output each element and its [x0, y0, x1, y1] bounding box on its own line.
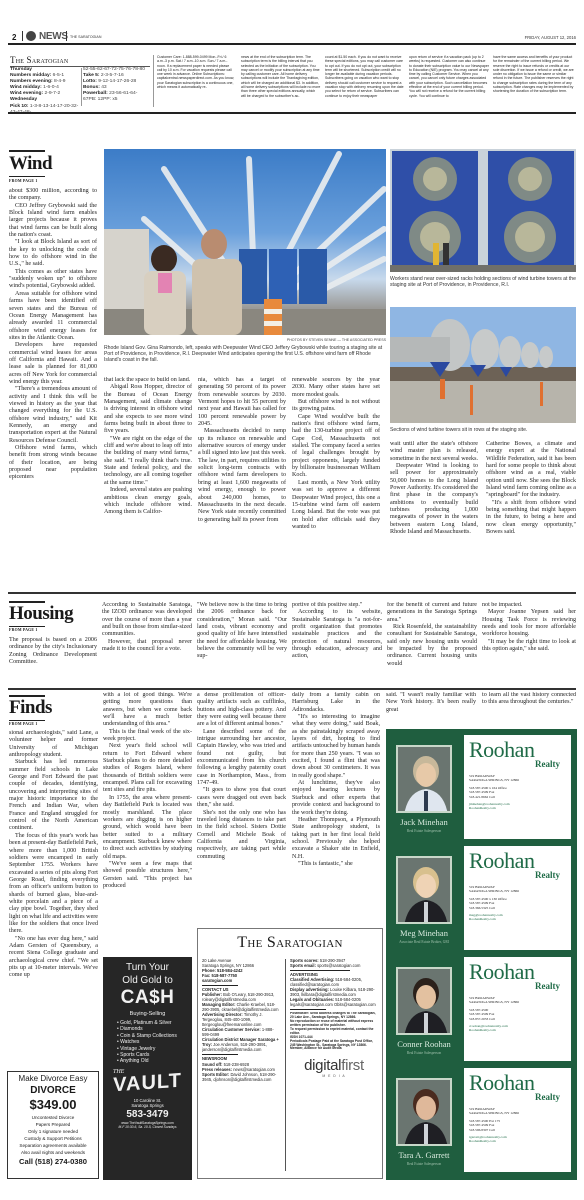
section-logo: NEWS: [26, 30, 68, 42]
photo-caption-main: Rhode Island Gov. Gina Raimondo, left, s…: [104, 345, 386, 364]
finds-col-5: said. "I wasn't really familiar with New…: [386, 692, 476, 716]
lottery-row: Powerball: 23-56-61-64-67PB: 12PP: x5: [83, 91, 149, 103]
paragraph: Offshore wind farms, which benefit from …: [9, 445, 97, 482]
turbine-towers-illustration: [390, 307, 576, 423]
wind-heading: Wind: [9, 153, 52, 175]
paragraph: Lane described some of the intrigue surr…: [197, 729, 286, 788]
paragraph: According to its website, Sustainable Sa…: [292, 609, 382, 660]
ad-line: Turn Your: [103, 962, 192, 973]
divider: [202, 985, 238, 986]
wind-col-2: that lack the space to build on land.Abi…: [104, 377, 192, 580]
agent-photo: [396, 745, 452, 813]
section-rule: [8, 592, 576, 594]
housing-col-4: portive of this positive step."According…: [292, 602, 382, 683]
roohan-logo: Roohan: [469, 1073, 566, 1093]
portrait-illustration: [398, 1080, 452, 1146]
logo-part: first: [341, 1057, 364, 1074]
lottery-value: 6-5-1: [51, 73, 64, 78]
from-page-label: FROM PAGE 1: [9, 628, 38, 632]
lottery-label: Take 5:: [83, 73, 100, 78]
paragraph: Last month, a New York utility was set t…: [292, 480, 380, 531]
agent-title: Real Estate Salesperson: [386, 1162, 462, 1166]
paragraph: "There's a tremendous amount of activity…: [9, 386, 97, 445]
list-item: Also avail nights and weekends: [8, 1149, 98, 1156]
housing-col-1: The proposal is based on a 2006 ordinanc…: [9, 637, 97, 683]
ad-price: $349.00: [8, 1097, 98, 1112]
agent-contact-card[interactable]: Roohan Realty 519 BROADWAY SARATOGA SPRI…: [464, 1068, 571, 1172]
lottery-label: Wednesday: [10, 97, 37, 102]
paragraph: not be impacted.: [482, 602, 576, 609]
lottery-label: Pick 10:: [10, 104, 29, 109]
finds-heading: Finds: [9, 697, 52, 719]
lottery-value: 52-55-62-67-72-75-76-78-80: [83, 67, 145, 72]
masthead-title: The Saratogian: [10, 55, 68, 65]
housing-col-5: for the benefit of current and future ge…: [387, 602, 477, 683]
paragraph: But offshore wind is not without its gro…: [292, 399, 380, 414]
legal-notice: Postmaster: Send address changes to The …: [290, 1012, 378, 1051]
staffbox-address: 20 Lake Avenue Saratoga Springs, NY 1286…: [202, 958, 281, 983]
logo-part: digital: [304, 1057, 341, 1074]
portrait-illustration: [398, 858, 452, 924]
entry-label: Sports email:: [290, 963, 317, 968]
divider: [290, 1009, 326, 1010]
page-number: 2: [12, 33, 16, 42]
paragraph: for the benefit of current and future ge…: [387, 602, 477, 624]
wind-col-5: wait until after the state's offshore wi…: [390, 441, 478, 580]
divider: [202, 1054, 238, 1055]
paragraph: Deepwater Wind is looking to sell power …: [390, 463, 478, 536]
divider: [290, 970, 350, 971]
customer-care-info: Customer Care: 1-888-599-0499 Mon.-Fri./…: [157, 55, 235, 107]
ad-brand: VAULT: [103, 1069, 192, 1098]
ad-address: Saratoga Springs: [103, 1103, 192, 1108]
lottery-results-left: Thursday Numbers midday: 6-5-1Numbers ev…: [10, 67, 84, 116]
paragraph: In 1755, the area where present-day Batt…: [103, 795, 192, 861]
agent-name: Jack Minehan: [386, 817, 462, 827]
lottery-label: Thursday: [10, 67, 32, 72]
contact-entry: Circulation District Manager Saratoga + …: [202, 1037, 281, 1052]
paragraph: "This is fantastic," she: [292, 861, 380, 868]
paragraph: "I look at Block Island as sort of the k…: [9, 239, 97, 268]
paragraph: Massachusetts decided to ramp up its rel…: [198, 428, 286, 523]
sports-entries: Sports scores: 518-290-3947Sports email:…: [290, 958, 378, 968]
roohan-logo: Roohan: [469, 740, 566, 760]
subscription-notice-col: have the same access and benefits of you…: [493, 55, 575, 107]
roohan-logo: Roohan: [469, 851, 566, 871]
contact-entry: Sports email: sports@saratogian.com: [290, 963, 378, 968]
agent-website[interactable]: RoohanRealty.com: [469, 806, 566, 810]
finds-col-4: daily from a family cabin on Harrisburg …: [292, 692, 380, 878]
paragraph: "It's so interesting to imagine what the…: [292, 714, 380, 780]
ad-details: Uncontested DivorcePapers PreparedOnly 1…: [8, 1114, 98, 1156]
paragraph: Abigail Ross Hopper, director of the Bur…: [104, 384, 192, 435]
paragraph: wait until after the state's offshore wi…: [390, 441, 478, 463]
staffbox-title: The Saratogian: [198, 934, 382, 952]
lottery-value: 1-6-0-4: [42, 85, 59, 90]
paragraph: Mayor Joanne Yepsen said her Housing Tas…: [482, 609, 576, 638]
turbine-racks-illustration: [390, 149, 576, 272]
paragraph: about $300 million, according to the com…: [9, 188, 97, 203]
roohan-logo: Roohan: [469, 962, 566, 982]
section-bar: [9, 150, 45, 152]
paragraph: "We are right on the edge of the cliff a…: [104, 436, 192, 487]
paragraph: "We believe now is the time to bring the…: [197, 602, 287, 661]
divider: [66, 31, 67, 41]
photo-turbine-towers: [390, 307, 576, 423]
subscription-notice-col: upon return of service if a vacation pac…: [409, 55, 489, 107]
agent-title: Real Estate Salesperson: [386, 829, 462, 833]
paragraph: Next year's field school will return to …: [103, 743, 192, 794]
contact-entry: Managing Editor: Charlie Kraebel, 518-29…: [202, 1002, 281, 1012]
lottery-value: 9-12-14-17-26-28: [97, 79, 136, 84]
agent-website[interactable]: RoohanRealty.com: [469, 1028, 566, 1032]
contact-entry: Advertising Director: Timothy J. Tergeog…: [202, 1012, 281, 1027]
lottery-value: 43: [100, 85, 107, 90]
paragraph: However, that proposal never made it to …: [102, 639, 192, 654]
paragraph: Developers have requested commercial win…: [9, 342, 97, 386]
ad-headline: Make Divorce Easy: [8, 1074, 98, 1083]
paragraph: This comes as other states have "suddenl…: [9, 269, 97, 291]
section-bar: [9, 626, 45, 627]
list-item: Papers Prepared: [8, 1121, 98, 1128]
divider: [22, 31, 23, 41]
agent-website[interactable]: RoohanRealty.com: [469, 1139, 566, 1143]
paragraph: Catherine Bowes, a climate and energy ex…: [486, 441, 576, 500]
ad-phone[interactable]: Call (518) 274-0380: [8, 1157, 98, 1166]
entry-value: sports@saratogian.com: [317, 963, 360, 968]
wind-blades-illustration: [104, 149, 386, 335]
contact-entry: Circulation Customer Service: 1-888-599-…: [202, 1027, 281, 1037]
paragraph: Cape Wind would've built the nation's fi…: [292, 414, 380, 480]
contact-entries: Publisher: Bob O'Leary, 518-290-3913, ro…: [202, 992, 281, 1052]
agent-website[interactable]: RoohanRealty.com: [469, 917, 566, 921]
lottery-value: 2-3-5-7-16: [100, 73, 124, 78]
paper-label: THE SARATOGIAN: [70, 35, 101, 39]
paragraph: renewable sources by the year 2030. Many…: [292, 377, 380, 399]
lottery-label: Numbers evening:: [10, 79, 53, 84]
portrait-illustration: [398, 747, 452, 813]
ad-line: Old Gold to: [103, 975, 192, 986]
agent-photo: [396, 856, 452, 924]
paragraph: "No one has ever dug here," said Adam Ge…: [9, 936, 98, 980]
list-item: Custody & Support Petitions: [8, 1135, 98, 1142]
from-page-label: FROM PAGE 1: [9, 722, 38, 726]
agent-name: Tara A. Garrett: [386, 1150, 462, 1160]
paragraph: CEO Jeffrey Grybowski said the Block Isl…: [9, 203, 97, 240]
agent-contact-card[interactable]: Roohan Realty 519 BROADWAY SARATOGA SPRI…: [464, 735, 571, 839]
advertising-entries: Classified Advertising: 518-584-0205, cl…: [290, 977, 378, 1007]
section-bar: [9, 720, 45, 721]
housing-col-2: According to Sustainable Saratoga, the I…: [102, 602, 192, 683]
paragraph: "It goes to show you that court cases we…: [197, 787, 286, 809]
paragraph: Areas suitable for offshore wind farms h…: [9, 291, 97, 342]
paragraph: with a lot of good things. We're getting…: [103, 692, 192, 729]
subscription-notice-col: count at $1.50 each. If you do not want …: [325, 55, 405, 107]
paragraph: "We've seen a few maps that showed possi…: [103, 861, 192, 890]
subscription-notice-col: news at the end of the subscription term…: [241, 55, 321, 107]
agent-name: Meg Minehan: [386, 928, 462, 938]
ad-subhead: Buying-Selling: [103, 1011, 192, 1017]
paragraph: a dense proliferation of officer-quality…: [197, 692, 286, 729]
site-link[interactable]: saratogian.com: [202, 978, 281, 983]
paragraph: She's not the only one who has traveled …: [197, 810, 286, 861]
paragraph: said. "I wasn't really familiar with New…: [386, 692, 476, 714]
paragraph: portive of this positive step.": [292, 602, 382, 609]
contact-entry: Legals and Obituaries: 518-584-0205 lega…: [290, 997, 378, 1007]
list-item: • Anything Old: [117, 1058, 192, 1064]
agent-photo: [396, 1078, 452, 1146]
agent-title: Associate Real Estate Broker, GRI: [386, 940, 462, 944]
agent-title: Real Estate Salesperson: [386, 1051, 462, 1055]
photo-governor-and-ceo: [104, 149, 386, 335]
header-rule: [8, 43, 576, 45]
finds-col-3: a dense proliferation of officer-quality…: [197, 692, 286, 878]
finds-col-1: sional archaeologists," said Lane, a vol…: [9, 730, 98, 1068]
paragraph: sional archaeologists," said Lane, a vol…: [9, 730, 98, 759]
divider: [285, 959, 286, 1171]
paragraph: daily from a family cabin on Harrisburg …: [292, 692, 380, 714]
photo-turbine-racks: [390, 149, 576, 272]
paragraph: At lunchtime, they've also enjoyed heari…: [292, 780, 380, 817]
contact-entry: Display advertising: Louise Kilbara, 518…: [290, 987, 378, 997]
housing-col-6: not be impacted.Mayor Joanne Yepsen said…: [482, 602, 576, 683]
divider: [81, 68, 82, 106]
wind-col-4: renewable sources by the year 2030. Many…: [292, 377, 380, 580]
issue-date: FRIDAY, AUGUST 12, 2016: [525, 35, 576, 40]
paragraph: Indeed, several states are pushing ambit…: [104, 487, 192, 516]
finds-col-2: with a lot of good things. We're getting…: [103, 692, 192, 892]
lottery-label: Win4 midday:: [10, 85, 42, 90]
contact-entry: Publisher: Bob O'Leary, 518-290-3913, ro…: [202, 992, 281, 1002]
lottery-value: 2-9-7-2: [43, 91, 60, 96]
wind-col-1: about $300 million, according to the com…: [9, 188, 97, 580]
paragraph: The focus of this year's work has been a…: [9, 833, 98, 936]
agent-contact-card[interactable]: Roohan Realty 519 BROADWAY SARATOGA SPRI…: [464, 846, 571, 950]
wind-col-6: Catherine Bowes, a climate and energy ex…: [486, 441, 576, 580]
paragraph: nia, which has a target of generating 50…: [198, 377, 286, 428]
agent-contact-card[interactable]: Roohan Realty 519 BROADWAY SARATOGA SPRI…: [464, 957, 571, 1061]
section-logo-icon: [26, 31, 36, 41]
list-item: Separation agreements available: [8, 1142, 98, 1149]
logo-media: M E D I A: [290, 1074, 378, 1078]
lottery-value: 8-4-9: [53, 79, 66, 84]
paragraph: Starbuck has led numerous summer field s…: [9, 759, 98, 832]
housing-col-3: "We believe now is the time to bring the…: [197, 602, 287, 683]
finds-col-6: to learn all the vast history connected …: [482, 692, 576, 716]
list-item: Uncontested Divorce: [8, 1114, 98, 1121]
divorce-ad[interactable]: Make Divorce Easy DIVORCE $349.00 Uncont…: [7, 1071, 99, 1179]
ad-cash: CA$H: [103, 987, 192, 1009]
divider: [153, 55, 154, 107]
contact-entry: Classified Advertising: 518-584-0205, cl…: [290, 977, 378, 987]
section-bar: [9, 176, 45, 177]
lottery-label: Win4 evening:: [10, 91, 43, 96]
newsroom-entries: Sound off: 518-238-6928Press releases: n…: [202, 1062, 281, 1082]
paragraph: According to Sustainable Saratoga, the I…: [102, 602, 192, 639]
lottery-label: Bonus:: [83, 85, 100, 90]
paragraph: Rick Rosenfeld, the sustainability consu…: [387, 624, 477, 668]
photo-credit: PHOTOS BY STEVEN SENNE — THE ASSOCIATED …: [104, 338, 386, 342]
digital-first-media-logo: digitalfirst: [290, 1057, 378, 1074]
paragraph: "It may be the right time to look at thi…: [482, 639, 576, 654]
paragraph: The proposal is based on a 2006 ordinanc…: [9, 637, 97, 666]
section-rule: [8, 112, 576, 114]
lottery-label: Powerball:: [83, 91, 108, 96]
list-item: Only 1 signature needed: [8, 1128, 98, 1135]
ad-item-list: • Gold, Platinum & Silver• Diamonds• Coi…: [117, 1020, 192, 1065]
ad-phone[interactable]: 583-3479: [103, 1109, 192, 1120]
wind-col-3: nia, which has a target of generating 50…: [198, 377, 286, 580]
roohan-realty-ad[interactable]: Jack MinehanReal Estate SalespersonRooha…: [386, 729, 577, 1180]
lottery-label: Numbers midday:: [10, 73, 51, 78]
contact-entry: Sports Editor: David Johnson, 518-290-39…: [202, 1072, 281, 1082]
agent-name: Conner Roohan: [386, 1039, 462, 1049]
paragraph: "It's a shift from offshore wind being s…: [486, 500, 576, 537]
paragraph: to learn all the vast history connected …: [482, 692, 576, 707]
ad-hours: M-F 10:30-6, Sa. 10-5, Closed Sundays: [103, 1125, 192, 1129]
photo-caption-racks: Workers stand near over-sized racks hold…: [390, 276, 576, 288]
from-page-label: FROM PAGE 1: [9, 179, 38, 183]
list-item: Periodicals Postage Paid at the Saratoga…: [290, 1040, 378, 1052]
staffbox-left: 20 Lake Avenue Saratoga Springs, NY 1286…: [202, 958, 281, 1082]
staff-box: The Saratogian 20 Lake Avenue Saratoga S…: [197, 928, 383, 1179]
section-rule: [8, 688, 576, 690]
paragraph: Heather Thompson, a Plymouth State anthr…: [292, 817, 380, 861]
vault-gold-ad[interactable]: Turn Your Old Gold to CA$H Buying-Sellin…: [103, 957, 192, 1180]
agent-photo: [396, 967, 452, 1035]
housing-heading: Housing: [9, 603, 73, 625]
lottery-label: Lotto:: [83, 79, 97, 84]
paragraph: This is the final week of the six-week p…: [103, 729, 192, 744]
staffbox-right: Sports scores: 518-290-3947Sports email:…: [290, 958, 378, 1078]
ad-title: DIVORCE: [8, 1085, 98, 1096]
lottery-results-right: 52-55-62-67-72-75-76-78-80Take 5: 2-3-5-…: [83, 67, 149, 104]
portrait-illustration: [398, 969, 452, 1035]
photo-caption-towers: Sections of wind turbine towers sit in r…: [390, 427, 576, 433]
